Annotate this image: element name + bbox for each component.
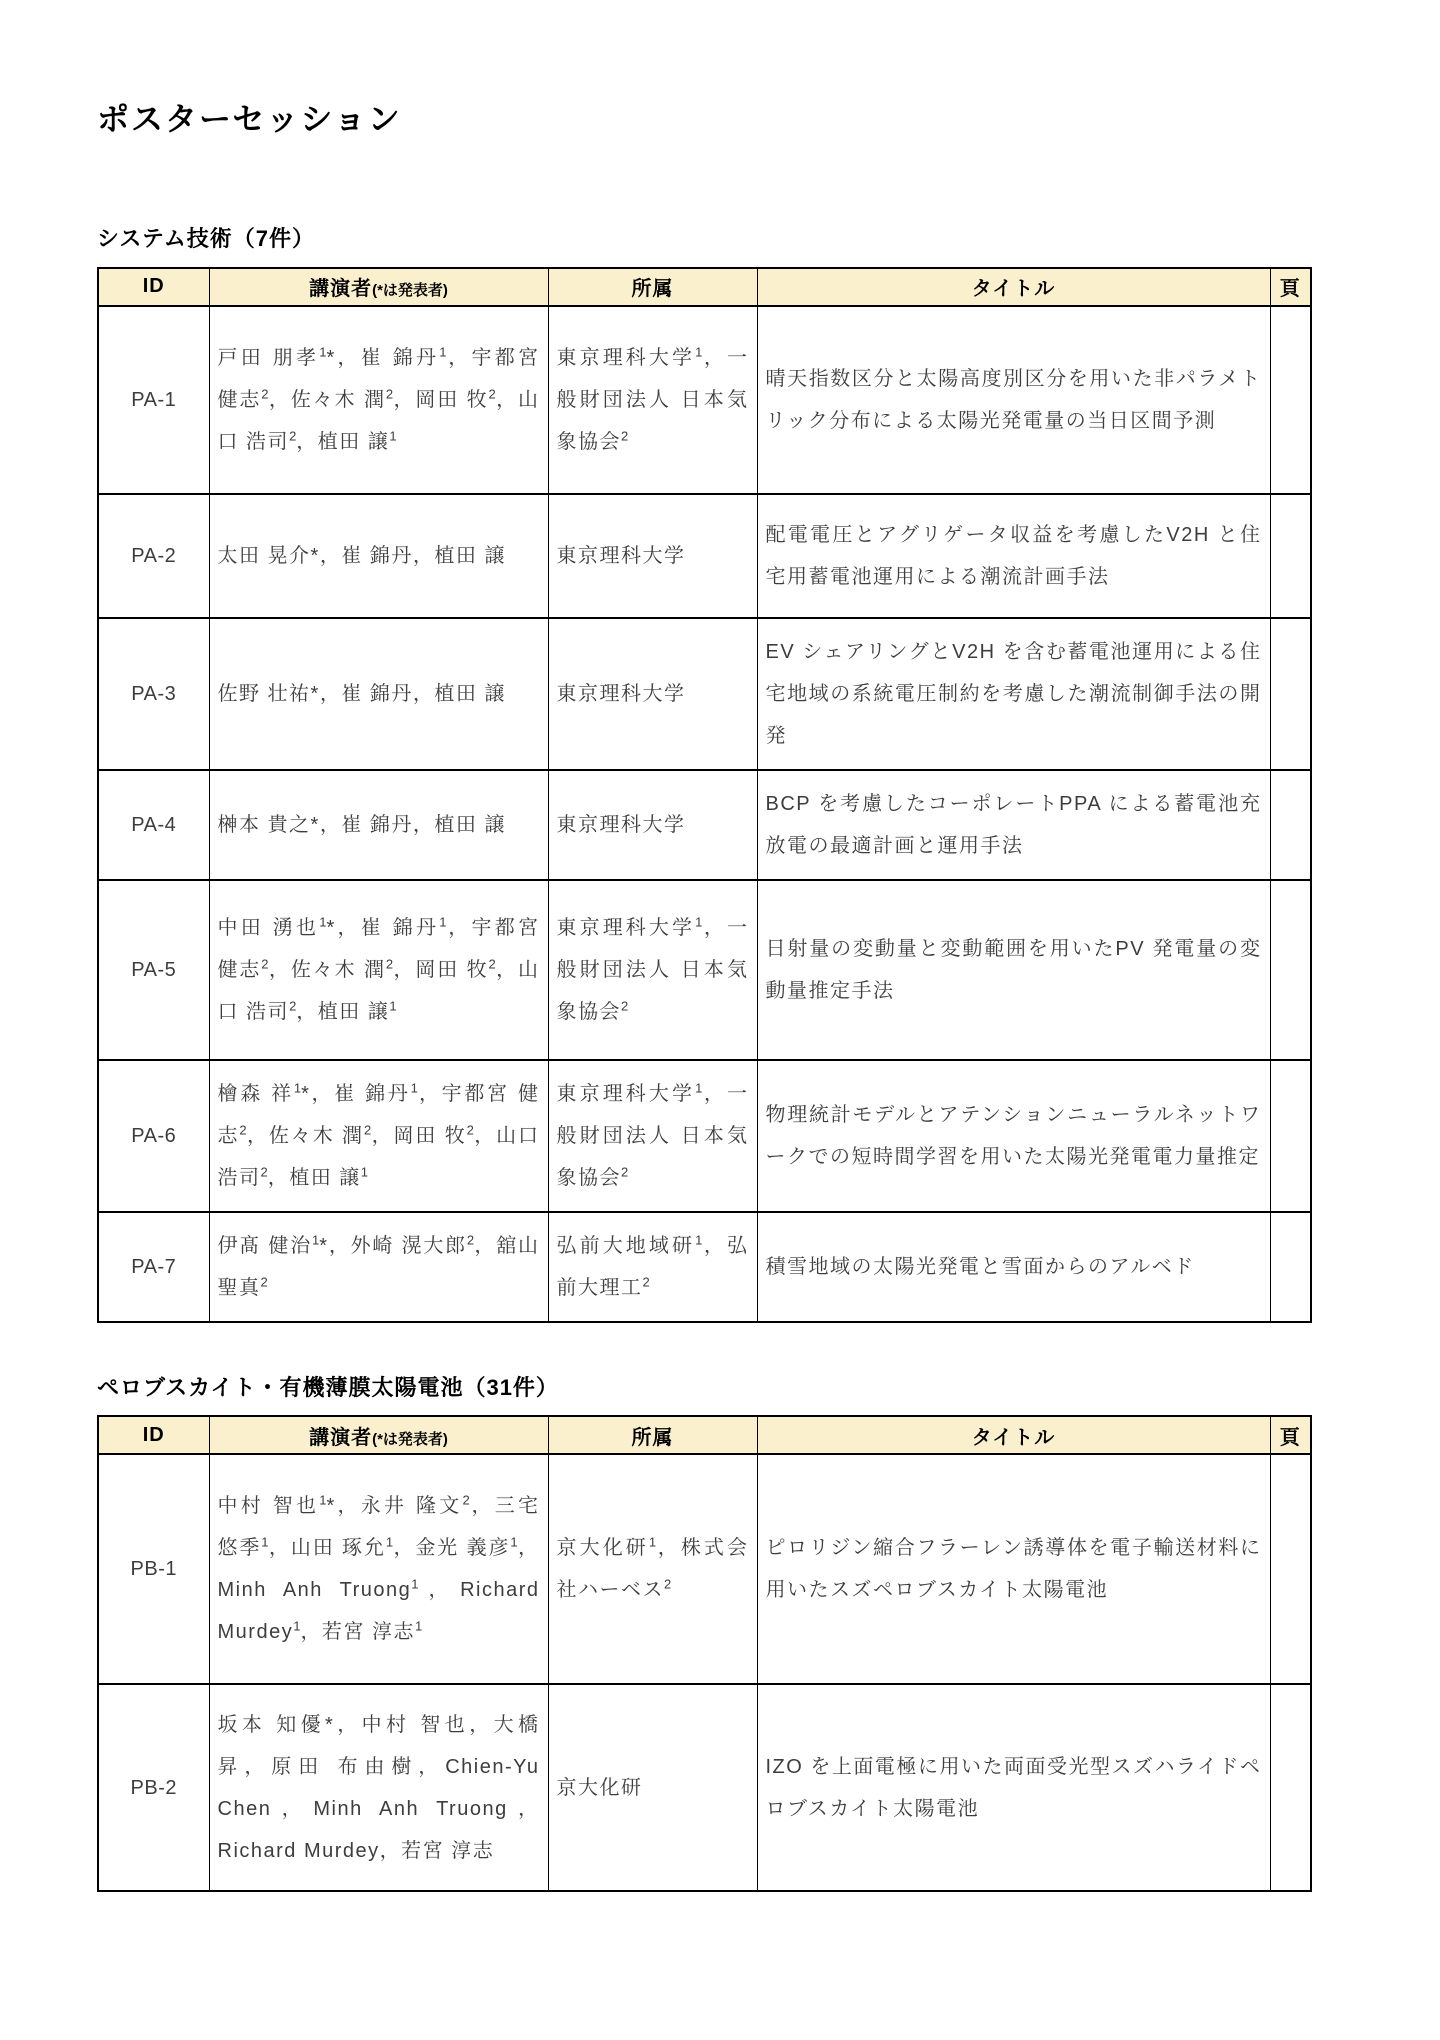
row-title: 配電電圧とアグリゲータ収益を考慮したV2H と住宅用蓄電池運用による潮流計画手法	[757, 494, 1270, 618]
row-page	[1270, 1060, 1311, 1212]
col-header-id: ID	[98, 268, 209, 306]
session-table-perovskite: ID 講演者(*は発表者) 所属 タイトル 頁 PB-1中村 智也1*，永井 隆…	[97, 1415, 1312, 1892]
row-id: PB-1	[98, 1454, 209, 1684]
table-row: PA-2太田 晃介*，崔 錦丹，植田 譲東京理科大学配電電圧とアグリゲータ収益を…	[98, 494, 1311, 618]
row-id: PA-4	[98, 770, 209, 880]
table-row: PA-7伊髙 健治1*，外崎 滉大郎2，舘山 聖真2弘前大地域研1，弘前大理工2…	[98, 1212, 1311, 1322]
col-header-page: 頁	[1270, 1416, 1311, 1454]
row-title: 日射量の変動量と変動範囲を用いたPV 発電量の変動量推定手法	[757, 880, 1270, 1060]
col-header-speaker-note: (*は発表者)	[372, 282, 448, 299]
row-page	[1270, 770, 1311, 880]
row-page	[1270, 618, 1311, 770]
row-affiliation: 東京理科大学	[548, 494, 757, 618]
table-header-row: ID 講演者(*は発表者) 所属 タイトル 頁	[98, 1416, 1311, 1454]
row-title: BCP を考慮したコーポレートPPA による蓄電池充放電の最適計画と運用手法	[757, 770, 1270, 880]
col-header-affiliation: 所属	[548, 268, 757, 306]
col-header-affiliation: 所属	[548, 1416, 757, 1454]
row-affiliation: 東京理科大学	[548, 618, 757, 770]
row-affiliation: 京大化研	[548, 1684, 757, 1891]
row-id: PA-6	[98, 1060, 209, 1212]
row-id: PA-2	[98, 494, 209, 618]
row-speakers: 檜森 祥1*，崔 錦丹1，宇都宮 健志2，佐々木 潤2，岡田 牧2，山口 浩司2…	[209, 1060, 548, 1212]
row-speakers: 伊髙 健治1*，外崎 滉大郎2，舘山 聖真2	[209, 1212, 548, 1322]
col-header-title: タイトル	[757, 1416, 1270, 1454]
row-title: EV シェアリングとV2H を含む蓄電池運用による住宅地域の系統電圧制約を考慮し…	[757, 618, 1270, 770]
row-speakers: 坂本 知優*，中村 智也，大橋 昇，原田 布由樹，Chien-Yu Chen，M…	[209, 1684, 548, 1891]
row-id: PA-7	[98, 1212, 209, 1322]
section-heading-perovskite: ペロブスカイト・有機薄膜太陽電池（31件）	[97, 1375, 1313, 1401]
col-header-speaker-note: (*は発表者)	[372, 1431, 448, 1448]
page-title: ポスターセッション	[97, 100, 1313, 138]
row-speakers: 佐野 壮祐*，崔 錦丹，植田 譲	[209, 618, 548, 770]
row-speakers: 中田 湧也1*，崔 錦丹1，宇都宮 健志2，佐々木 潤2，岡田 牧2，山口 浩司…	[209, 880, 548, 1060]
row-speakers: 戸田 朋孝1*，崔 錦丹1，宇都宮 健志2，佐々木 潤2，岡田 牧2，山口 浩司…	[209, 306, 548, 494]
table-row: PA-3佐野 壮祐*，崔 錦丹，植田 譲東京理科大学EV シェアリングとV2H …	[98, 618, 1311, 770]
row-speakers: 太田 晃介*，崔 錦丹，植田 譲	[209, 494, 548, 618]
row-affiliation: 東京理科大学1，一般財団法人 日本気象協会2	[548, 880, 757, 1060]
row-page	[1270, 880, 1311, 1060]
row-affiliation: 東京理科大学	[548, 770, 757, 880]
row-speakers: 榊本 貴之*，崔 錦丹，植田 譲	[209, 770, 548, 880]
col-header-speaker-label: 講演者	[309, 278, 372, 300]
row-affiliation: 京大化研1，株式会社ハーベス2	[548, 1454, 757, 1684]
row-affiliation: 東京理科大学1，一般財団法人 日本気象協会2	[548, 1060, 757, 1212]
table-row: PA-4榊本 貴之*，崔 錦丹，植田 譲東京理科大学BCP を考慮したコーポレー…	[98, 770, 1311, 880]
col-header-title: タイトル	[757, 268, 1270, 306]
col-header-page: 頁	[1270, 268, 1311, 306]
table-row: PA-6檜森 祥1*，崔 錦丹1，宇都宮 健志2，佐々木 潤2，岡田 牧2，山口…	[98, 1060, 1311, 1212]
table-header-row: ID 講演者(*は発表者) 所属 タイトル 頁	[98, 268, 1311, 306]
row-speakers: 中村 智也1*，永井 隆文2，三宅 悠季1，山田 琢允1，金光 義彦1，Minh…	[209, 1454, 548, 1684]
row-title: 物理統計モデルとアテンションニューラルネットワークでの短時間学習を用いた太陽光発…	[757, 1060, 1270, 1212]
row-id: PA-1	[98, 306, 209, 494]
row-page	[1270, 1212, 1311, 1322]
col-header-speaker: 講演者(*は発表者)	[209, 268, 548, 306]
col-header-speaker-label: 講演者	[309, 1427, 372, 1449]
row-affiliation: 弘前大地域研1，弘前大理工2	[548, 1212, 757, 1322]
table-row: PB-2坂本 知優*，中村 智也，大橋 昇，原田 布由樹，Chien-Yu Ch…	[98, 1684, 1311, 1891]
table-row: PA-5中田 湧也1*，崔 錦丹1，宇都宮 健志2，佐々木 潤2，岡田 牧2，山…	[98, 880, 1311, 1060]
row-title: 晴天指数区分と太陽高度別区分を用いた非パラメトリック分布による太陽光発電量の当日…	[757, 306, 1270, 494]
row-title: ピロリジン縮合フラーレン誘導体を電子輸送材料に用いたスズペロブスカイト太陽電池	[757, 1454, 1270, 1684]
session-table-system-tech: ID 講演者(*は発表者) 所属 タイトル 頁 PA-1戸田 朋孝1*，崔 錦丹…	[97, 267, 1312, 1323]
table-row: PB-1中村 智也1*，永井 隆文2，三宅 悠季1，山田 琢允1，金光 義彦1，…	[98, 1454, 1311, 1684]
row-id: PB-2	[98, 1684, 209, 1891]
row-title: IZO を上面電極に用いた両面受光型スズハライドペロブスカイト太陽電池	[757, 1684, 1270, 1891]
row-title: 積雪地域の太陽光発電と雪面からのアルベド	[757, 1212, 1270, 1322]
row-page	[1270, 1454, 1311, 1684]
row-page	[1270, 1684, 1311, 1891]
row-page	[1270, 306, 1311, 494]
document-page: ポスターセッション システム技術（7件） ID 講演者(*は発表者) 所属 タイ…	[0, 0, 1440, 2040]
row-page	[1270, 494, 1311, 618]
row-id: PA-3	[98, 618, 209, 770]
row-id: PA-5	[98, 880, 209, 1060]
row-affiliation: 東京理科大学1，一般財団法人 日本気象協会2	[548, 306, 757, 494]
section-heading-system-tech: システム技術（7件）	[97, 226, 1313, 252]
col-header-speaker: 講演者(*は発表者)	[209, 1416, 548, 1454]
col-header-id: ID	[98, 1416, 209, 1454]
table-row: PA-1戸田 朋孝1*，崔 錦丹1，宇都宮 健志2，佐々木 潤2，岡田 牧2，山…	[98, 306, 1311, 494]
